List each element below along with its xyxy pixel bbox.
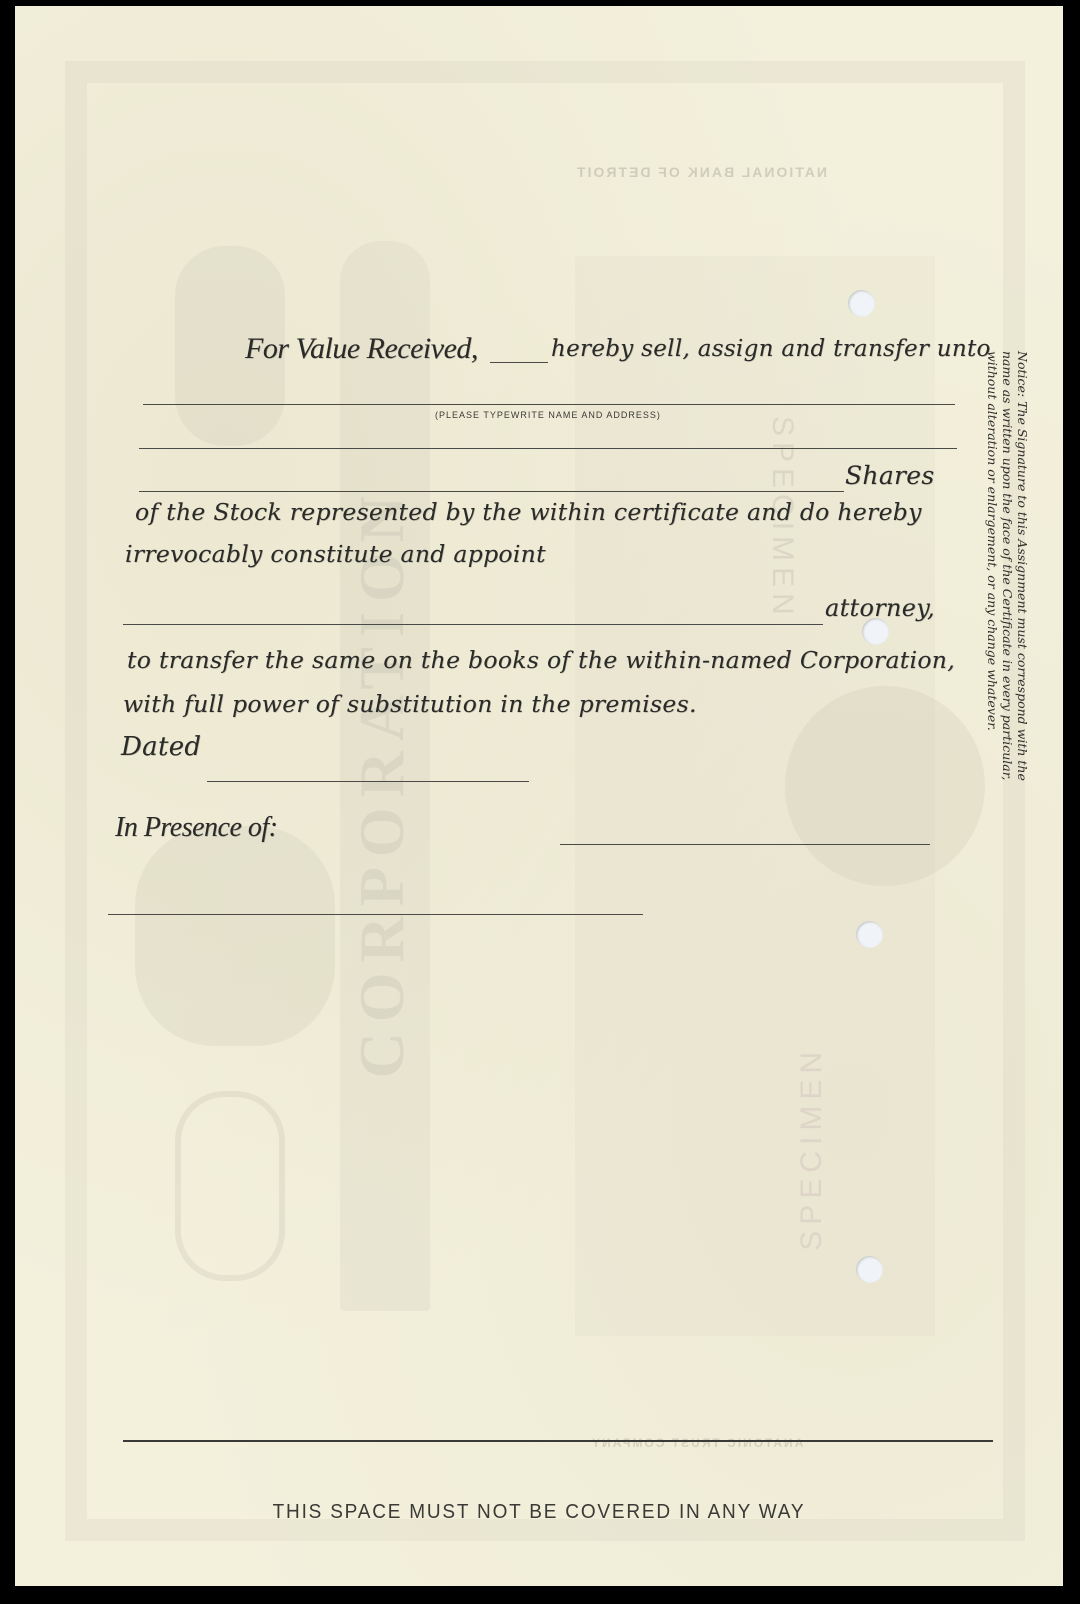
shares-label: Shares [845, 461, 935, 490]
do-not-cover-warning: THIS SPACE MUST NOT BE COVERED IN ANY WA… [15, 1501, 1063, 1524]
date-line[interactable] [207, 781, 529, 782]
shares-count-line[interactable] [139, 491, 844, 492]
transfer-books-text: to transfer the same on the books of the… [127, 646, 955, 674]
in-presence-of-label: In Presence of: [115, 812, 278, 844]
dated-label: Dated [121, 732, 201, 762]
punch-hole [856, 1256, 883, 1283]
assignor-signature-line[interactable] [560, 844, 930, 845]
stock-represented-text: of the Stock represented by the within c… [135, 498, 922, 526]
punch-hole [862, 618, 889, 645]
bottom-divider [123, 1440, 993, 1442]
bleed-through-vignette [135, 826, 335, 1046]
bleed-through-border [65, 61, 1025, 1541]
assignor-blank-line[interactable] [490, 362, 548, 363]
transfer-unto-text: hereby sell, assign and transfer unto [551, 336, 991, 362]
punch-hole [856, 921, 883, 948]
bleed-through-denomination [175, 1091, 285, 1281]
assignee-name-line[interactable] [143, 404, 955, 405]
punch-hole [848, 290, 875, 317]
bleed-through-medallion [785, 686, 985, 886]
witness-signature-line[interactable] [108, 914, 643, 915]
assignee-address-line[interactable] [139, 448, 957, 449]
bleed-through-specimen: SPECIMEN [795, 1046, 829, 1251]
for-value-received-heading: For Value Received, [245, 332, 478, 366]
bleed-through-transfer-agent: ANATONIC TRUST COMPANY [590, 1436, 803, 1450]
bleed-through-corporation: CORPORATION [345, 486, 425, 1078]
bleed-through-bank-name: NATIONAL BANK OF DETROIT [575, 164, 827, 180]
attorney-name-line[interactable] [123, 624, 823, 625]
typewrite-instruction: (PLEASE TYPEWRITE NAME AND ADDRESS) [435, 410, 661, 420]
substitution-text: with full power of substitution in the p… [123, 690, 697, 718]
bleed-through-column [340, 241, 430, 1311]
irrevocably-appoint-text: irrevocably constitute and appoint [125, 540, 546, 568]
signature-notice: Notice: The Signature to this Assignment… [970, 351, 1030, 811]
certificate-paper: CORPORATION NATIONAL BANK OF DETROIT ANA… [15, 6, 1063, 1586]
